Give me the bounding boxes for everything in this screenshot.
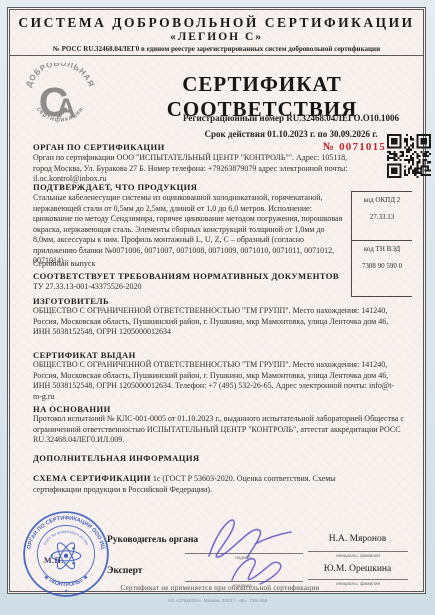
certificate-sheet: СИСТЕМА ДОБРОВОЛЬНОЙ СЕРТИФИКАЦИИ «ЛЕГИО… [7,7,426,594]
print-house-info: АО «ОПЦИОН», Москва, 2023 г., «В». 73М-4… [80,598,355,603]
system-name: СИСТЕМА ДОБРОВОЛЬНОЙ СЕРТИФИКАЦИИ [10,10,423,31]
tnved-label: код ТН ВЭД [352,245,412,253]
okpd-cell: код ОКПД 2 27.33.13 [352,192,412,240]
organ-text: Орган по сертификации ООО "ИСПЫТАТЕЛЬНЫЙ… [33,153,363,185]
issued-to-text: ОБЩЕСТВО С ОГРАНИЧЕННОЙ ОТВЕТСТВЕННОСТЬЮ… [33,360,401,402]
product-text: Стальные кабеленесущие системы из оцинко… [33,193,345,267]
expert-signature-ink [222,550,302,588]
validity-period: Срок действия 01.10.2023 г. по 30.09.202… [160,129,422,139]
manufacturer-text: ОБЩЕСТВО С ОГРАНИЧЕННОЙ ОТВЕТСТВЕННОСТЬЮ… [33,306,401,338]
issued-to-heading: СЕРТИФИКАТ ВЫДАН [33,350,136,360]
okpd-value: 27.33.13 [352,213,412,221]
registration-number: Регистрационный номер RU.32468.04ЛЕГО.О1… [160,113,422,123]
head-name-caption: инициалы, фамилия [308,553,408,558]
certificate-page: СИСТЕМА ДОБРОВОЛЬНОЙ СЕРТИФИКАЦИИ «ЛЕГИО… [0,0,435,615]
compliance-heading: СООТВЕТСТВУЕТ ТРЕБОВАНИЯМ НОРМАТИВНЫХ ДО… [33,271,353,281]
system-brand: «ЛЕГИОН С» [10,31,423,43]
voluntary-certification-logo: ДОБРОВОЛЬНАЯ сертификация С А [22,63,98,139]
scheme-heading: СХЕМА СЕРТИФИКАЦИИ [33,473,151,483]
compliance-text: ТУ 27.33.13-001-43375526-2020 [33,282,142,293]
certification-system-header: СИСТЕМА ДОБРОВОЛЬНОЙ СЕРТИФИКАЦИИ «ЛЕГИО… [10,10,423,56]
manufacturer-heading: ИЗГОТОВИТЕЛЬ [33,296,109,306]
logo-letter-a: А [56,93,76,124]
basis-heading: НА ОСНОВАНИИ [33,404,111,414]
product-serial: Серийный выпуск [33,259,95,270]
tnved-cell: код ТН ВЭД 7308 90 590 0 [352,240,412,288]
stamp-inner-text: РОСС RU.32468.04ЛЕГ0.ИЛ.009 [43,530,89,546]
svg-text:★: ★ [64,589,69,594]
okpd-label: код ОКПД 2 [352,196,412,204]
stamp-place-label: М.П. [44,556,64,565]
basis-text: Протокол испытаний № КЛС-001-0005 от 01.… [33,414,408,446]
system-registry-line: № РОСС RU.32468.04ЛЕГ0 в едином реестре … [10,45,423,53]
mandatory-certification-note: Сертификат не применяется при обязательн… [70,584,370,592]
additional-info-heading: ДОПОЛНИТЕЛЬНАЯ ИНФОРМАЦИЯ [33,453,200,463]
expert-role-label: Эксперт [107,566,142,576]
qr-code-icon [387,134,431,178]
qr-code [387,134,431,178]
svg-text:РОСС RU.32468.04ЛЕГ0.ИЛ.009: РОСС RU.32468.04ЛЕГ0.ИЛ.009 [43,530,89,546]
head-role-label: Руководитель органа [107,535,198,545]
codes-box: код ОКПД 2 27.33.13 код ТН ВЭД 7308 90 5… [351,191,412,297]
organ-heading: ОРГАН ПО СЕРТИФИКАЦИИ [33,142,165,152]
scheme-section: СХЕМА СЕРТИФИКАЦИИ 1с (ГОСТ Р 53603-2020… [33,473,373,495]
tnved-value: 7308 90 590 0 [352,262,412,270]
product-heading: ПОДТВЕРЖДАЕТ, ЧТО ПРОДУКЦИЯ [33,182,197,192]
logo-icon: ДОБРОВОЛЬНАЯ сертификация С А [22,63,98,139]
expert-name: Ю.М. Орешкина [310,564,405,574]
blank-number: № 0071015 [300,141,386,153]
head-name: Н.А. Мяронов [310,534,405,544]
